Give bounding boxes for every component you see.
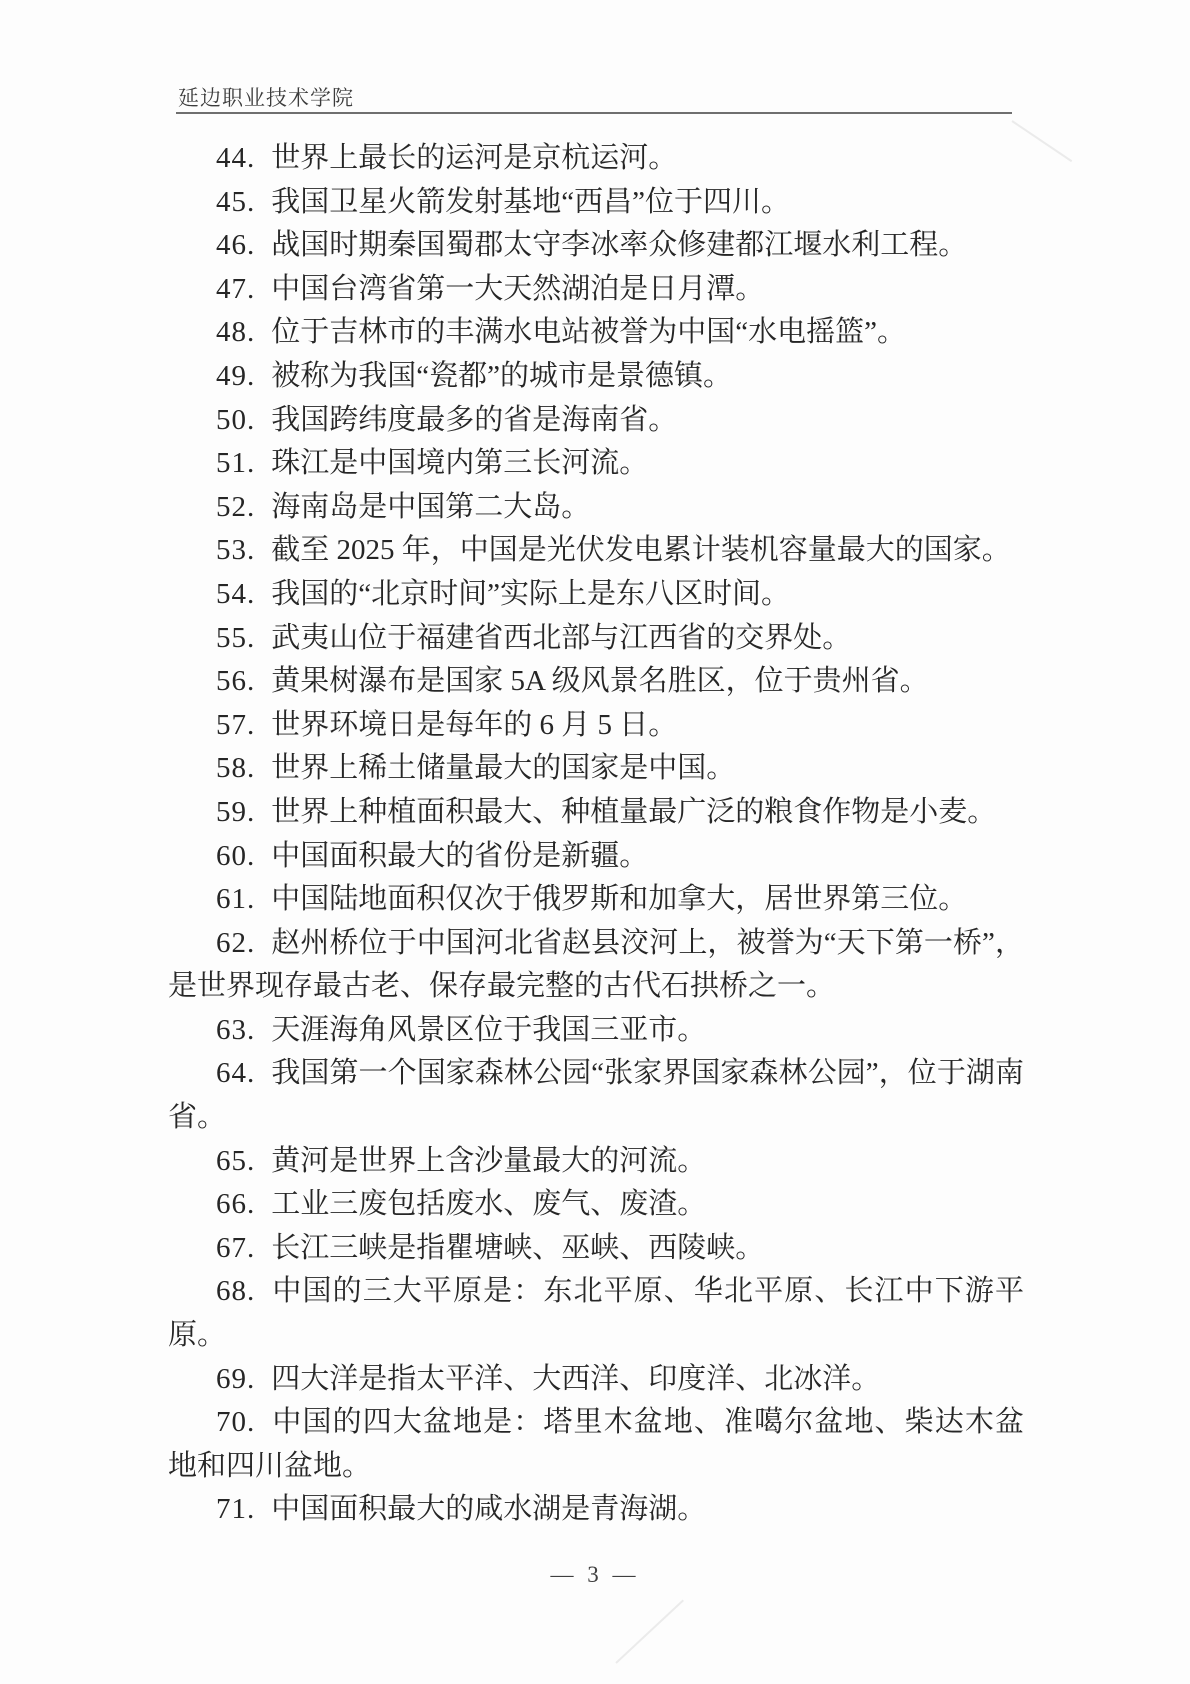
item-text: 长江三峡是指瞿塘峡、巫峡、西陵峡。 xyxy=(271,1232,764,1264)
list-item: 58.世界上稀土储量最大的国家是中国。 xyxy=(168,747,1024,791)
item-number: 69. xyxy=(216,1363,255,1395)
list-item: 48.位于吉林市的丰满水电站被誉为中国“水电摇篮”。 xyxy=(168,311,1024,355)
scan-crease-streak xyxy=(615,1600,684,1664)
item-number: 56. xyxy=(216,665,255,697)
list-item: 50.我国跨纬度最多的省是海南省。 xyxy=(168,399,1024,443)
list-item: 55.武夷山位于福建省西北部与江西省的交界处。 xyxy=(168,617,1024,661)
item-number: 49. xyxy=(216,360,255,392)
item-number: 62. xyxy=(216,927,255,959)
item-number: 53. xyxy=(216,534,255,566)
item-number: 50. xyxy=(216,404,255,436)
item-text: 世界上最长的运河是京杭运河。 xyxy=(271,142,677,174)
list-item: 52.海南岛是中国第二大岛。 xyxy=(168,486,1024,530)
item-number: 44. xyxy=(216,142,255,174)
item-number: 63. xyxy=(216,1014,255,1046)
list-item: 45.我国卫星火箭发射基地“西昌”位于四川。 xyxy=(168,181,1024,225)
item-number: 67. xyxy=(216,1232,255,1264)
list-item: 56.黄果树瀑布是国家 5A 级风景名胜区，位于贵州省。 xyxy=(168,660,1024,704)
item-text: 中国台湾省第一大天然湖泊是日月潭。 xyxy=(271,273,764,305)
list-item: 69.四大洋是指太平洋、大西洋、印度洋、北冰洋。 xyxy=(168,1358,1024,1402)
item-text: 世界上种植面积最大、种植量最广泛的粮食作物是小麦。 xyxy=(271,796,996,828)
item-text: 中国面积最大的咸水湖是青海湖。 xyxy=(271,1493,706,1525)
item-text: 我国的“北京时间”实际上是东八区时间。 xyxy=(271,578,790,610)
item-text: 我国第一个国家森林公园“张家界国家森林公园”，位于湖南省。 xyxy=(168,1057,1024,1133)
list-item: 64.我国第一个国家森林公园“张家界国家森林公园”，位于湖南省。 xyxy=(168,1052,1024,1139)
item-number: 60. xyxy=(216,840,255,872)
item-number: 51. xyxy=(216,447,255,479)
item-number: 58. xyxy=(216,752,255,784)
item-number: 48. xyxy=(216,316,255,348)
item-number: 64. xyxy=(216,1057,255,1089)
item-number: 66. xyxy=(216,1188,255,1220)
item-number: 59. xyxy=(216,796,255,828)
list-item: 65.黄河是世界上含沙量最大的河流。 xyxy=(168,1140,1024,1184)
list-item: 63.天涯海角风景区位于我国三亚市。 xyxy=(168,1009,1024,1053)
item-text: 世界上稀土储量最大的国家是中国。 xyxy=(271,752,735,784)
item-text: 四大洋是指太平洋、大西洋、印度洋、北冰洋。 xyxy=(271,1363,880,1395)
item-number: 70. xyxy=(216,1406,255,1438)
list-item: 57.世界环境日是每年的 6 月 5 日。 xyxy=(168,704,1024,748)
item-number: 45. xyxy=(216,186,255,218)
item-text: 中国的三大平原是：东北平原、华北平原、长江中下游平原。 xyxy=(168,1275,1024,1351)
page-number: — 3 — xyxy=(551,1562,640,1587)
school-name: 延边职业技术学院 xyxy=(178,82,354,112)
item-number: 47. xyxy=(216,273,255,305)
item-text: 珠江是中国境内第三长河流。 xyxy=(271,447,648,479)
item-number: 46. xyxy=(216,229,255,261)
item-number: 57. xyxy=(216,709,255,741)
list-item: 66.工业三废包括废水、废气、废渣。 xyxy=(168,1183,1024,1227)
list-item: 47.中国台湾省第一大天然湖泊是日月潭。 xyxy=(168,268,1024,312)
item-text: 中国陆地面积仅次于俄罗斯和加拿大，居世界第三位。 xyxy=(271,883,967,915)
item-text: 战国时期秦国蜀郡太守李冰率众修建都江堰水利工程。 xyxy=(271,229,967,261)
list-item: 49.被称为我国“瓷都”的城市是景德镇。 xyxy=(168,355,1024,399)
item-number: 68. xyxy=(216,1275,255,1307)
list-item: 54.我国的“北京时间”实际上是东八区时间。 xyxy=(168,573,1024,617)
item-text: 武夷山位于福建省西北部与江西省的交界处。 xyxy=(271,622,851,654)
list-item: 46.战国时期秦国蜀郡太守李冰率众修建都江堰水利工程。 xyxy=(168,224,1024,268)
item-number: 52. xyxy=(216,491,255,523)
item-text: 中国的四大盆地是：塔里木盆地、准噶尔盆地、柴达木盆地和四川盆地。 xyxy=(168,1406,1024,1482)
list-item: 71.中国面积最大的咸水湖是青海湖。 xyxy=(168,1488,1024,1532)
item-text: 位于吉林市的丰满水电站被誉为中国“水电摇篮”。 xyxy=(271,316,906,348)
document-page: 延边职业技术学院 44.世界上最长的运河是京杭运河。45.我国卫星火箭发射基地“… xyxy=(0,0,1190,1684)
page-footer: — 3 — xyxy=(0,1562,1190,1588)
item-number: 65. xyxy=(216,1145,255,1177)
item-number: 71. xyxy=(216,1493,255,1525)
list-item: 70.中国的四大盆地是：塔里木盆地、准噶尔盆地、柴达木盆地和四川盆地。 xyxy=(168,1401,1024,1488)
item-text: 海南岛是中国第二大岛。 xyxy=(271,491,590,523)
list-item: 44.世界上最长的运河是京杭运河。 xyxy=(168,137,1024,181)
item-text: 工业三废包括废水、废气、废渣。 xyxy=(271,1188,706,1220)
list-item: 53.截至 2025 年，中国是光伏发电累计装机容量最大的国家。 xyxy=(168,529,1024,573)
list-item: 62.赵州桥位于中国河北省赵县洨河上，被誉为“天下第一桥”，是世界现存最古老、保… xyxy=(168,922,1024,1009)
item-text: 被称为我国“瓷都”的城市是景德镇。 xyxy=(271,360,732,392)
list-item: 59.世界上种植面积最大、种植量最广泛的粮食作物是小麦。 xyxy=(168,791,1024,835)
item-number: 55. xyxy=(216,622,255,654)
item-text: 黄果树瀑布是国家 5A 级风景名胜区，位于贵州省。 xyxy=(271,665,928,697)
item-text: 世界环境日是每年的 6 月 5 日。 xyxy=(271,709,677,741)
list-item: 60.中国面积最大的省份是新疆。 xyxy=(168,835,1024,879)
item-text: 截至 2025 年，中国是光伏发电累计装机容量最大的国家。 xyxy=(271,534,1011,566)
item-text: 赵州桥位于中国河北省赵县洨河上，被誉为“天下第一桥”，是世界现存最古老、保存最完… xyxy=(168,927,1024,1003)
item-text: 黄河是世界上含沙量最大的河流。 xyxy=(271,1145,706,1177)
header-rule xyxy=(176,112,1012,114)
list-item: 61.中国陆地面积仅次于俄罗斯和加拿大，居世界第三位。 xyxy=(168,878,1024,922)
list-item: 67.长江三峡是指瞿塘峡、巫峡、西陵峡。 xyxy=(168,1227,1024,1271)
item-text: 我国卫星火箭发射基地“西昌”位于四川。 xyxy=(271,186,790,218)
item-number: 54. xyxy=(216,578,255,610)
list-item: 68.中国的三大平原是：东北平原、华北平原、长江中下游平原。 xyxy=(168,1270,1024,1357)
fact-list: 44.世界上最长的运河是京杭运河。45.我国卫星火箭发射基地“西昌”位于四川。4… xyxy=(168,137,1024,1532)
list-item: 51.珠江是中国境内第三长河流。 xyxy=(168,442,1024,486)
item-text: 中国面积最大的省份是新疆。 xyxy=(271,840,648,872)
item-text: 我国跨纬度最多的省是海南省。 xyxy=(271,404,677,436)
item-number: 61. xyxy=(216,883,255,915)
item-text: 天涯海角风景区位于我国三亚市。 xyxy=(271,1014,706,1046)
